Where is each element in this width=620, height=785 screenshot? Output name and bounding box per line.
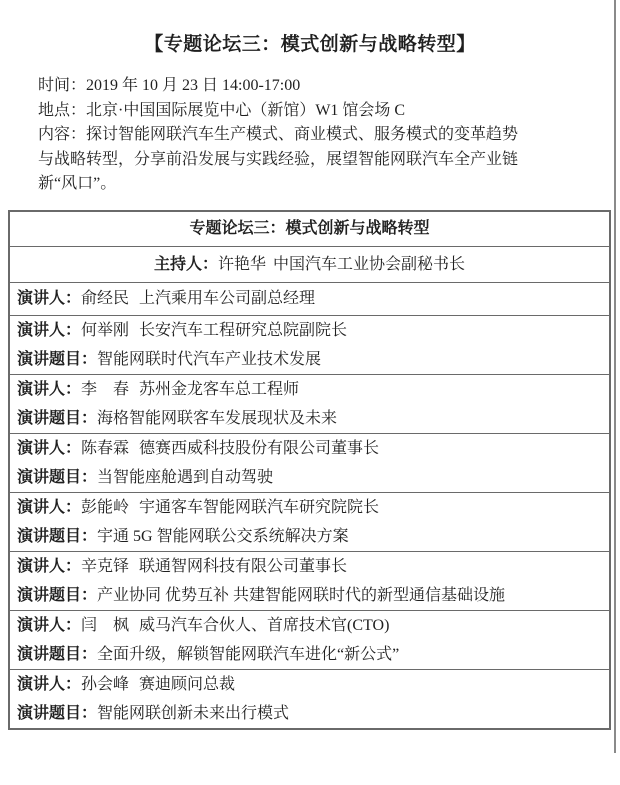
speaker-label: 演讲人： xyxy=(17,676,81,693)
speaker-label: 演讲人： xyxy=(17,558,81,575)
speaker-affiliation: 长安汽车工程研究总院副院长 xyxy=(139,322,347,339)
speaker-affiliation: 宇通客车智能网联汽车研究院院长 xyxy=(139,499,379,516)
info-line-content: 内容：探讨智能网联汽车生产模式、商业模式、服务模式的变革趋势 与战略转型，分享前… xyxy=(38,123,552,197)
topic-text: 海格智能网联客车发展现状及未来 xyxy=(97,410,337,427)
speaker-affiliation: 联通智网科技有限公司董事长 xyxy=(139,558,347,575)
topic-line: 演讲题目：当智能座舱遇到自动驾驶 xyxy=(17,468,609,488)
speaker-label: 演讲人： xyxy=(17,290,81,307)
speaker-line: 演讲人：闫 枫威马汽车合伙人、首席技术官(CTO) xyxy=(17,616,609,636)
speaker-name: 彭能岭 xyxy=(81,499,129,516)
topic-label: 演讲题目： xyxy=(17,587,97,604)
host-row: 主持人：许艳华中国汽车工业协会副秘书长 xyxy=(10,246,609,282)
speaker-row: 演讲人：陈春霖德赛西威科技股份有限公司董事长 演讲题目：当智能座舱遇到自动驾驶 xyxy=(10,433,609,492)
info-line-time: 时间：2019 年 10 月 23 日 14:00-17:00 xyxy=(38,74,552,99)
page-edge-line xyxy=(614,0,616,753)
host-affiliation: 中国汽车工业协会副秘书长 xyxy=(273,256,465,273)
topic-text: 当智能座舱遇到自动驾驶 xyxy=(97,469,273,486)
topic-line: 演讲题目：全面升级，解锁智能网联汽车进化“新公式” xyxy=(17,645,609,665)
topic-text: 宇通 5G 智能网联公交系统解决方案 xyxy=(97,528,349,545)
speaker-line: 演讲人：李 春苏州金龙客车总工程师 xyxy=(17,380,609,400)
topic-text: 智能网联时代汽车产业技术发展 xyxy=(97,351,321,368)
speaker-row: 演讲人：孙会峰赛迪顾问总裁 演讲题目：智能网联创新未来出行模式 xyxy=(10,669,609,728)
topic-label: 演讲题目： xyxy=(17,646,97,663)
speaker-label: 演讲人： xyxy=(17,322,81,339)
speaker-label: 演讲人： xyxy=(17,381,81,398)
speaker-row: 演讲人：何举刚长安汽车工程研究总院副院长 演讲题目：智能网联时代汽车产业技术发展 xyxy=(10,315,609,374)
table-title-row: 专题论坛三：模式创新与战略转型 xyxy=(10,212,609,246)
speaker-line: 演讲人：彭能岭宇通客车智能网联汽车研究院院长 xyxy=(17,498,609,518)
agenda-table: 专题论坛三：模式创新与战略转型 主持人：许艳华中国汽车工业协会副秘书长 演讲人：… xyxy=(8,210,611,730)
speaker-affiliation: 上汽乘用车公司副总经理 xyxy=(139,290,315,307)
topic-label: 演讲题目： xyxy=(17,351,97,368)
event-info-block: 时间：2019 年 10 月 23 日 14:00-17:00 地点：北京·中国… xyxy=(38,74,552,197)
info-line-location: 地点：北京·中国国际展览中心（新馆）W1 馆会场 C xyxy=(38,99,552,124)
table-title: 专题论坛三：模式创新与战略转型 xyxy=(189,219,429,239)
topic-text: 产业协同 优势互补 共建智能网联时代的新型通信基础设施 xyxy=(97,587,505,604)
speaker-affiliation: 赛迪顾问总裁 xyxy=(139,676,235,693)
topic-line: 演讲题目：智能网联创新未来出行模式 xyxy=(17,704,609,724)
topic-line: 演讲题目：产业协同 优势互补 共建智能网联时代的新型通信基础设施 xyxy=(17,586,609,606)
topic-line: 演讲题目：海格智能网联客车发展现状及未来 xyxy=(17,409,609,429)
speaker-affiliation: 苏州金龙客车总工程师 xyxy=(139,381,299,398)
speaker-line: 演讲人：辛克铎联通智网科技有限公司董事长 xyxy=(17,557,609,577)
speaker-label: 演讲人： xyxy=(17,440,81,457)
speaker-label: 演讲人： xyxy=(17,617,81,634)
speaker-row: 演讲人：辛克铎联通智网科技有限公司董事长 演讲题目：产业协同 优势互补 共建智能… xyxy=(10,551,609,610)
speaker-row: 演讲人：李 春苏州金龙客车总工程师 演讲题目：海格智能网联客车发展现状及未来 xyxy=(10,374,609,433)
topic-label: 演讲题目： xyxy=(17,410,97,427)
speaker-name: 陈春霖 xyxy=(81,440,129,457)
topic-label: 演讲题目： xyxy=(17,705,97,722)
speaker-affiliation: 威马汽车合伙人、首席技术官(CTO) xyxy=(139,617,389,634)
speaker-line: 演讲人：孙会峰赛迪顾问总裁 xyxy=(17,675,609,695)
speaker-row: 演讲人：闫 枫威马汽车合伙人、首席技术官(CTO) 演讲题目：全面升级，解锁智能… xyxy=(10,610,609,669)
speaker-row: 演讲人：俞经民上汽乘用车公司副总经理 xyxy=(10,282,609,315)
speaker-line: 演讲人：俞经民上汽乘用车公司副总经理 xyxy=(17,289,609,309)
topic-label: 演讲题目： xyxy=(17,528,97,545)
speaker-name: 闫 枫 xyxy=(81,617,129,634)
speaker-row: 演讲人：彭能岭宇通客车智能网联汽车研究院院长 演讲题目：宇通 5G 智能网联公交… xyxy=(10,492,609,551)
host-line: 主持人：许艳华中国汽车工业协会副秘书长 xyxy=(154,255,465,275)
topic-label: 演讲题目： xyxy=(17,469,97,486)
topic-text: 智能网联创新未来出行模式 xyxy=(97,705,289,722)
page-title: 【专题论坛三：模式创新与战略转型】 xyxy=(0,0,620,58)
speaker-line: 演讲人：陈春霖德赛西威科技股份有限公司董事长 xyxy=(17,439,609,459)
host-label: 主持人： xyxy=(154,256,218,273)
speaker-line: 演讲人：何举刚长安汽车工程研究总院副院长 xyxy=(17,321,609,341)
speaker-name: 孙会峰 xyxy=(81,676,129,693)
topic-line: 演讲题目：宇通 5G 智能网联公交系统解决方案 xyxy=(17,527,609,547)
host-name: 许艳华 xyxy=(218,256,266,273)
topic-text: 全面升级，解锁智能网联汽车进化“新公式” xyxy=(97,646,399,663)
scanned-document-page: 【专题论坛三：模式创新与战略转型】 时间：2019 年 10 月 23 日 14… xyxy=(0,0,620,785)
speaker-name: 辛克铎 xyxy=(81,558,129,575)
speaker-name: 俞经民 xyxy=(81,290,129,307)
speaker-name: 何举刚 xyxy=(81,322,129,339)
topic-line: 演讲题目：智能网联时代汽车产业技术发展 xyxy=(17,350,609,370)
speaker-label: 演讲人： xyxy=(17,499,81,516)
speaker-name: 李 春 xyxy=(81,381,129,398)
speaker-affiliation: 德赛西威科技股份有限公司董事长 xyxy=(139,440,379,457)
